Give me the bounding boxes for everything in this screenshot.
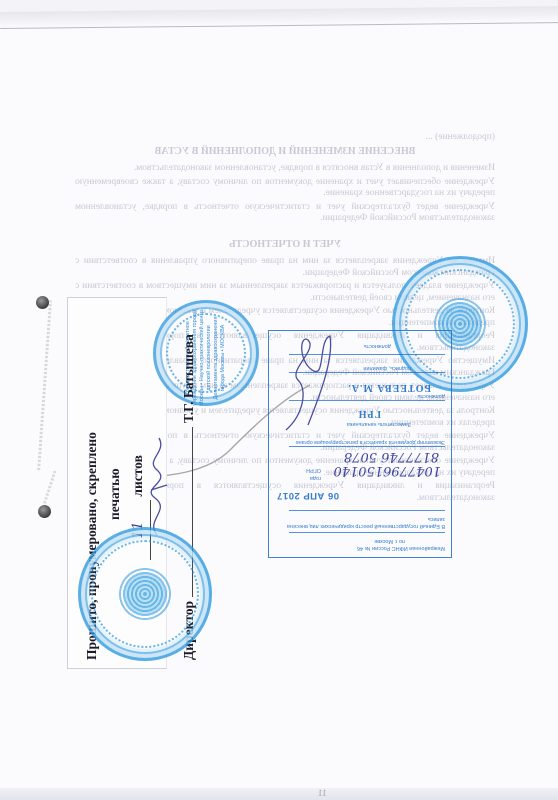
string-bead-top xyxy=(36,296,49,309)
page-top-edge xyxy=(0,6,558,29)
stamp-record-text: В Единый государственный реестр юридичес… xyxy=(275,515,445,529)
stamp-authority: Межрайонная ИФНС России № 46 xyxy=(275,544,445,551)
stamp-rule xyxy=(289,532,445,533)
stamp-city: по г. Москве xyxy=(275,537,445,544)
bleed-paragraph: Учреждение ведет бухгалтерский учет и ст… xyxy=(75,202,495,225)
stamp-date: 06 АПР 2017 xyxy=(275,492,339,499)
tax-seal-left xyxy=(78,527,212,661)
eagle-emblem-icon xyxy=(119,568,170,619)
string-bead-bottom xyxy=(38,505,51,518)
certification-seal-label: печатью xyxy=(107,468,122,520)
director-signature xyxy=(137,430,177,540)
bleed-heading: ВНЕСЕНИЕ ИЗМЕНЕНИЙ И ДОПОЛНЕНИЙ В УСТАВ xyxy=(75,146,495,158)
ogrn-handwritten: 1047796150140 xyxy=(275,464,441,477)
grn-handwritten: 8177746 5078 xyxy=(275,450,439,463)
page-number: 11 xyxy=(318,788,327,798)
stamp-rule xyxy=(289,446,445,447)
stamp-rule xyxy=(289,510,445,511)
page-bottom-edge xyxy=(0,788,558,800)
bleed-paragraph: (продолжение) ... xyxy=(75,132,495,144)
director-name: Т.Г. Батышева xyxy=(181,334,196,423)
bleed-paragraph: Изменения и дополнения в Устав вносятся … xyxy=(75,163,495,175)
bleed-paragraph: Учреждение обеспечивает учет и хранение … xyxy=(75,177,495,200)
registrar-signature xyxy=(278,330,338,440)
bleed-heading: УЧЕТ И ОТЧЕТНОСТЬ xyxy=(75,239,495,251)
